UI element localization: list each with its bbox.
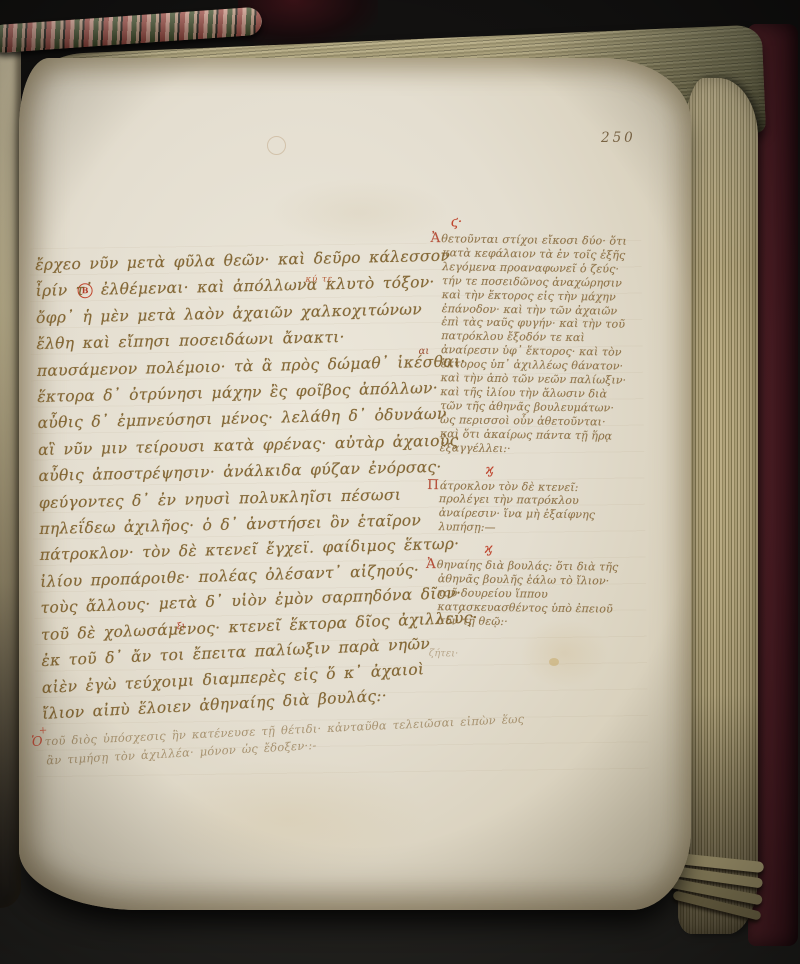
scholion-reference-mark: ϛ· <box>450 213 475 231</box>
rubricated-initial: Ὁ <box>31 734 43 750</box>
scholia-column: ϛ·Ἀθετοῦνται στίχοι εἴκοσι δύο· ὅτι κατὰ… <box>425 210 631 661</box>
main-text-block: Β κύ τε αι ξι ἔρχεο νῦν μετὰ φῦλα θεῶν· … <box>35 246 452 728</box>
rubricated-initial: Π <box>427 476 439 492</box>
scholion-text: Πάτροκλον τὸν δὲ κτενεῖ: προλέγει τὴν πα… <box>438 479 627 537</box>
manuscript-page: 250 Β κύ τε αι ξι ἔρχεο νῦν μετὰ φῦλα θε… <box>19 58 691 910</box>
folio-number: 250 <box>601 130 636 146</box>
rubricated-initial: Ἀ <box>426 556 436 572</box>
parchment-stain <box>269 178 449 248</box>
rubric-cross-mark: + <box>39 725 48 736</box>
scholion-reference-mark: ϗ <box>484 540 509 558</box>
scholion-text: Ἀθετοῦνται στίχοι εἴκοσι δύο· ὅτι κατὰ κ… <box>440 232 631 457</box>
show-through-mark <box>267 136 286 155</box>
gutter-page-sliver <box>0 50 21 908</box>
manuscript-photo: 250 Β κύ τε αι ξι ἔρχεο νῦν μετὰ φῦλα θε… <box>0 0 800 964</box>
scholion-reference-mark: ϗ <box>485 460 510 478</box>
scholion-text: Ἀθηναίης διὰ βουλάς: ὅτι διὰ τῆς ἀθηνᾶς … <box>437 558 626 630</box>
rubricated-initial: Ἀ <box>430 230 440 246</box>
